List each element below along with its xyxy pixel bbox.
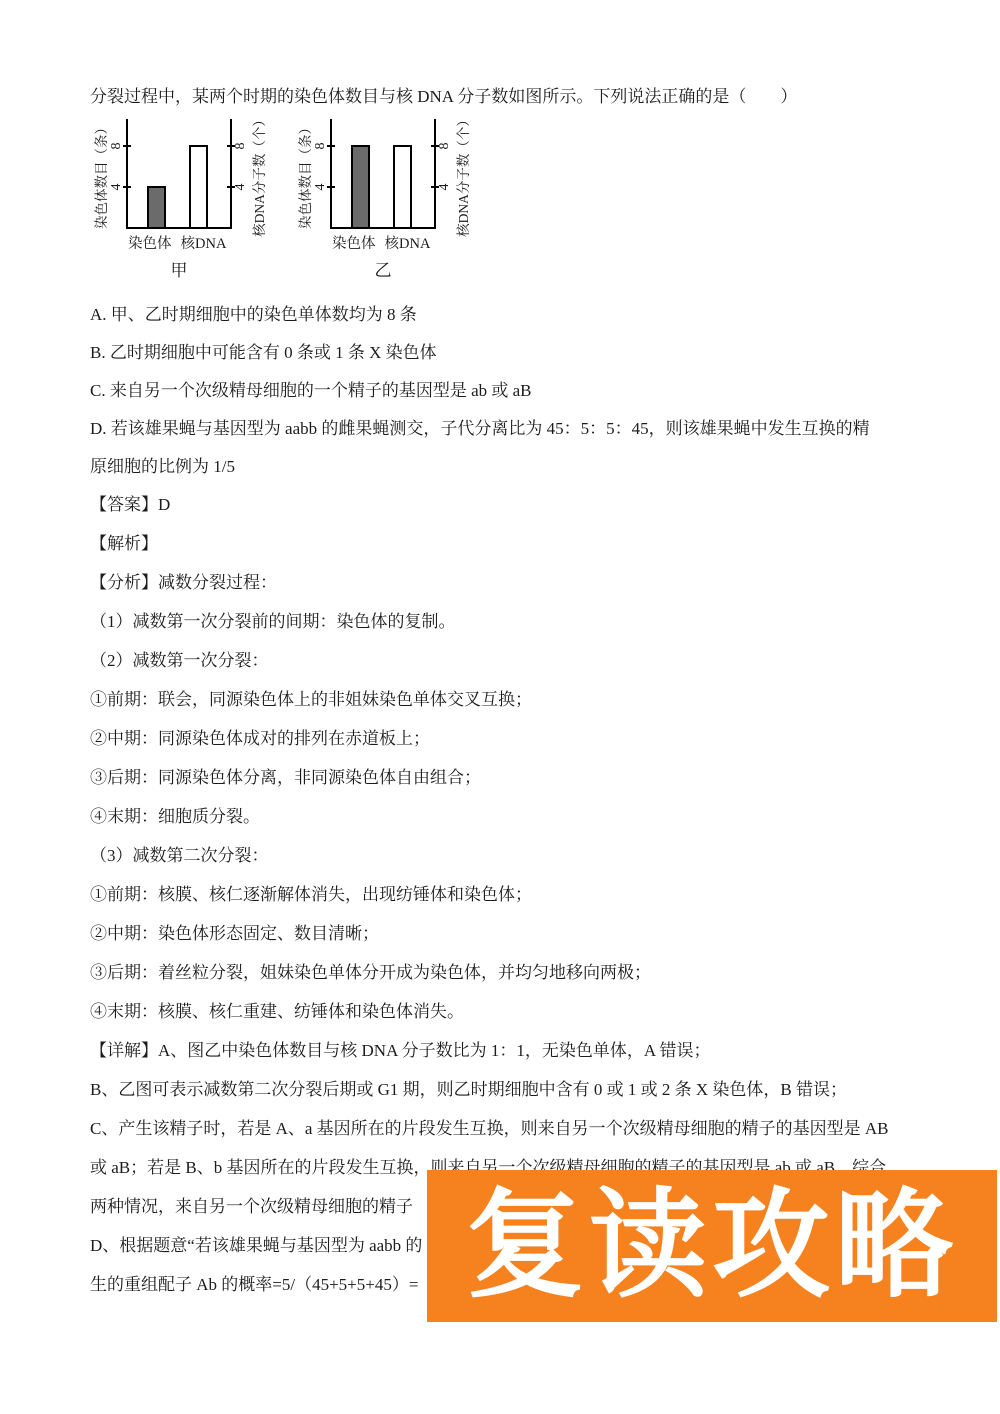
y-axis-label-right: 核DNA分子数（个）: [248, 119, 268, 231]
exam-solution-page: 分裂过程中，某两个时期的染色体数目与核 DNA 分子数如图所示。下列说法正确的是…: [0, 0, 1000, 1414]
text-line: ③后期：着丝粒分裂，姐妹染色单体分开成为染色体，并均匀地移向两极；: [90, 963, 912, 982]
bar-chromosome: [351, 145, 370, 227]
y-tick-label-right: 8: [438, 138, 452, 154]
chart-main: 染色体数目（条）4488染色体核DNA乙核DNA分子数（个）: [294, 119, 472, 281]
y-tick-left: [327, 145, 335, 147]
y-tick-left: [123, 186, 131, 188]
plot-wrap: 4488染色体核DNA乙: [330, 119, 436, 281]
plot-wrap: 4488染色体核DNA甲: [126, 119, 232, 281]
y-tick-label-right: 4: [234, 179, 248, 195]
watermark-banner: 复读攻略: [427, 1170, 997, 1322]
text-line: ②中期：染色体形态固定、数目清晰；: [90, 924, 912, 943]
text-line: C. 来自另一个次级精母细胞的一个精子的基因型是 ab 或 aB: [90, 381, 912, 400]
text-line: 原细胞的比例为 1/5: [90, 457, 912, 476]
charts-row: 染色体数目（条）4488染色体核DNA甲核DNA分子数（个）染色体数目（条）44…: [90, 119, 912, 281]
text-line: （2）减数第一次分裂：: [90, 651, 912, 670]
text-line: ④末期：细胞质分裂。: [90, 807, 912, 826]
y-axis-label-right: 核DNA分子数（个）: [452, 119, 472, 231]
x-category-label: 染色体: [128, 232, 172, 253]
text-line: ②中期：同源染色体成对的排列在赤道板上；: [90, 729, 912, 748]
chart-caption: 乙: [330, 256, 436, 281]
y-tick-label-left: 8: [110, 138, 124, 154]
question-stem: 分裂过程中，某两个时期的染色体数目与核 DNA 分子数如图所示。下列说法正确的是…: [90, 87, 912, 106]
text-line: A. 甲、乙时期细胞中的染色单体数均为 8 条: [90, 305, 912, 324]
text-line: B. 乙时期细胞中可能含有 0 条或 1 条 X 染色体: [90, 343, 912, 362]
x-category-label: 染色体: [332, 232, 376, 253]
y-tick-label-left: 8: [314, 138, 328, 154]
x-category-label: 核DNA: [385, 232, 431, 253]
options-block: A. 甲、乙时期细胞中的染色单体数均为 8 条B. 乙时期细胞中可能含有 0 条…: [90, 305, 912, 476]
y-tick-label-left: 4: [110, 179, 124, 195]
y-axis-label-left-text: 染色体数目（条）: [294, 121, 314, 229]
plot-area: 4488: [126, 119, 232, 229]
y-tick-left: [123, 145, 131, 147]
chart-main: 染色体数目（条）4488染色体核DNA甲核DNA分子数（个）: [90, 119, 268, 281]
text-line: D. 若该雄果蝇与基因型为 aabb 的雌果蝇测交，子代分离比为 45：5：5：…: [90, 419, 912, 438]
text-line: B、乙图可表示减数第二次分裂后期或 G1 期，则乙时期细胞中含有 0 或 1 或…: [90, 1080, 912, 1099]
text-line: 【分析】减数分裂过程：: [90, 573, 912, 592]
text-line: （1）减数第一次分裂前的间期：染色体的复制。: [90, 612, 912, 631]
text-line: （3）减数第二次分裂：: [90, 846, 912, 865]
bar-dna: [393, 145, 412, 227]
document-content: 分裂过程中，某两个时期的染色体数目与核 DNA 分子数如图所示。下列说法正确的是…: [0, 0, 1000, 1294]
text-line: ①前期：核膜、核仁逐渐解体消失，出现纺锤体和染色体；: [90, 885, 912, 904]
y-axis-label-left: 染色体数目（条）: [294, 119, 314, 231]
bar-dna: [189, 145, 208, 227]
x-axis-labels: 染色体核DNA: [128, 232, 232, 253]
x-category-label: 核DNA: [181, 232, 227, 253]
y-axis-label-left-text: 染色体数目（条）: [90, 121, 110, 229]
y-axis-label-right-text: 核DNA分子数（个）: [248, 113, 268, 237]
bar-chart-2: 染色体数目（条）4488染色体核DNA乙核DNA分子数（个）: [294, 119, 472, 281]
y-tick-label-left: 4: [314, 179, 328, 195]
y-axis-label-right-text: 核DNA分子数（个）: [452, 113, 472, 237]
text-line: 【解析】: [90, 534, 912, 553]
y-tick-label-right: 4: [438, 179, 452, 195]
text-line: ④末期：核膜、核仁重建、纺锤体和染色体消失。: [90, 1002, 912, 1021]
y-tick-label-right: 8: [234, 138, 248, 154]
text-line: ③后期：同源染色体分离，非同源染色体自由组合；: [90, 768, 912, 787]
text-line: ①前期：联会，同源染色体上的非姐妹染色单体交叉互换；: [90, 690, 912, 709]
chart-caption: 甲: [126, 256, 232, 281]
text-line: C、产生该精子时，若是 A、a 基因所在的片段发生互换，则来自另一个次级精母细胞…: [90, 1119, 912, 1138]
plot-area: 4488: [330, 119, 436, 229]
y-axis-label-left: 染色体数目（条）: [90, 119, 110, 231]
bar-chart-1: 染色体数目（条）4488染色体核DNA甲核DNA分子数（个）: [90, 119, 268, 281]
text-line: 【详解】A、图乙中染色体数目与核 DNA 分子数比为 1：1，无染色单体，A 错…: [90, 1041, 912, 1060]
text-line: 【答案】D: [90, 495, 912, 514]
x-axis-labels: 染色体核DNA: [332, 232, 436, 253]
bar-chromosome: [147, 186, 166, 227]
y-tick-left: [327, 186, 335, 188]
watermark-text: 复读攻略: [466, 1187, 958, 1305]
